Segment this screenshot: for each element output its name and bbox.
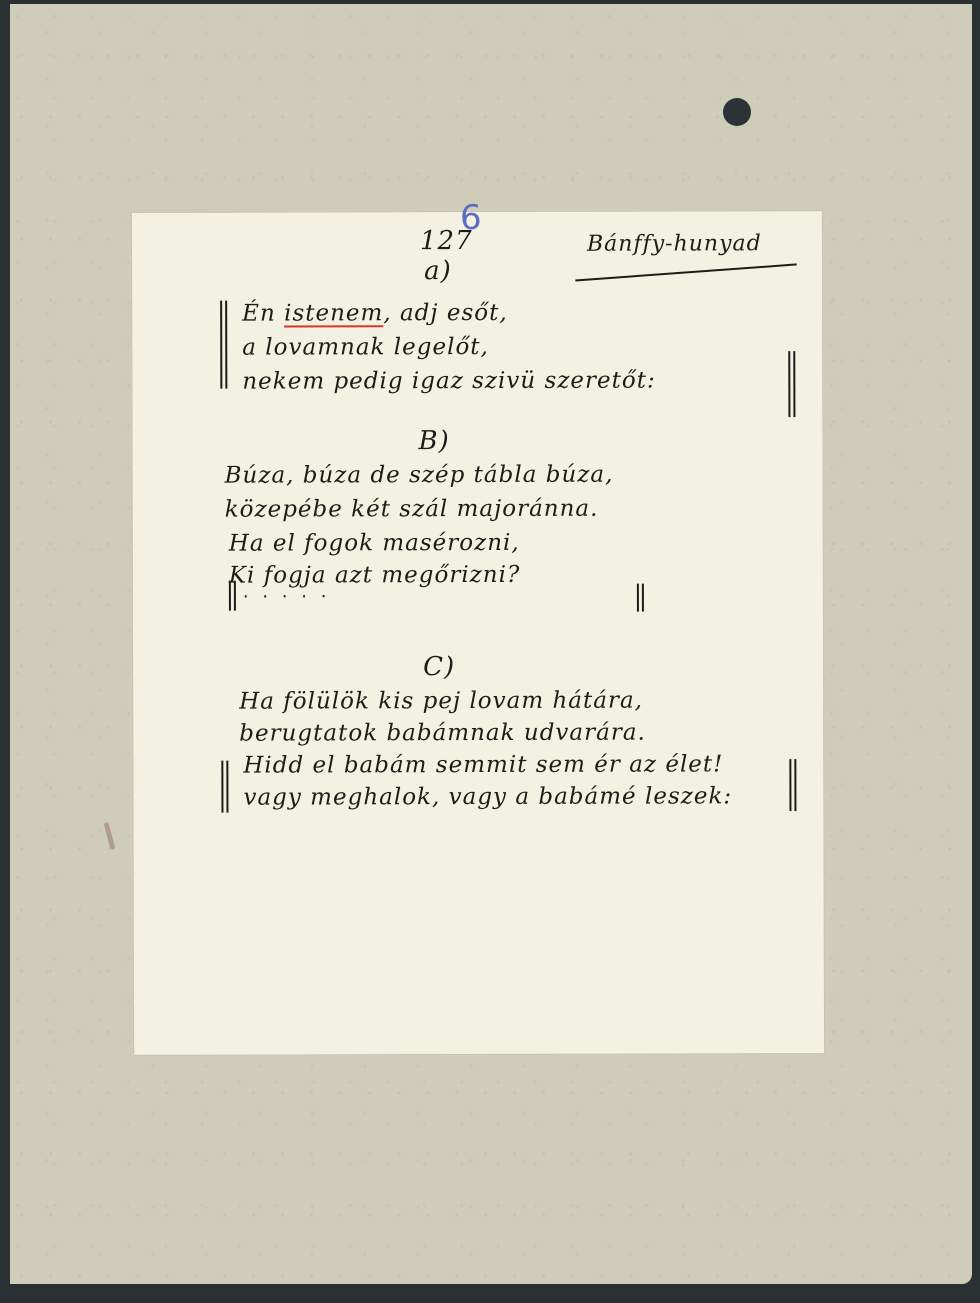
verse-b-line-2: közepébe két szál majoránna.	[225, 496, 599, 523]
author-underline	[575, 263, 797, 281]
stain-mark	[103, 822, 115, 850]
verse-c-line-1: Ha fölülök kis pej lovam hátára,	[239, 688, 643, 715]
verse-a-line-1: Én istenem, adj esőt,	[242, 300, 508, 327]
underlined-word: istenem	[284, 300, 383, 326]
section-label-c: C)	[423, 652, 455, 682]
repeat-start-bar-c	[221, 761, 228, 813]
verse-a-line-3: nekem pedig igaz szivü szeretőt:	[242, 368, 655, 395]
section-label-b: B)	[418, 426, 449, 456]
punch-hole	[723, 98, 751, 126]
author-place: Bánffy-hunyad	[587, 231, 762, 256]
repeat-end-bar-a	[788, 351, 795, 417]
repeat-start-bar-a	[220, 301, 227, 389]
section-label-a: a)	[424, 256, 452, 286]
manuscript-sheet: 127 6 Bánffy-hunyad a) Én istenem, adj e…	[132, 211, 824, 1055]
repeat-end-bar-b	[637, 584, 644, 612]
page-number-correction: 6	[460, 198, 482, 238]
verse-a-line-2: a lovamnak legelőt,	[242, 334, 489, 361]
verse-c-line-3: Hidd el babám semmit sem ér az élet!	[243, 751, 723, 778]
repeat-start-bar-b	[229, 581, 236, 611]
verse-b-line-4: Ki fogja azt megőrizni?	[229, 562, 521, 589]
repeat-dots-b: · · · · ·	[243, 586, 331, 607]
verse-b-line-3: Ha el fogok masérozni,	[229, 530, 520, 557]
verse-c-line-4: vagy meghalok, vagy a babámé leszek:	[243, 783, 732, 810]
mounting-board: 127 6 Bánffy-hunyad a) Én istenem, adj e…	[10, 4, 972, 1284]
repeat-end-bar-c	[789, 759, 796, 811]
verse-c-line-2: berugtatok babámnak udvarára.	[239, 720, 646, 747]
verse-b-line-1: Búza, búza de szép tábla búza,	[225, 462, 614, 489]
